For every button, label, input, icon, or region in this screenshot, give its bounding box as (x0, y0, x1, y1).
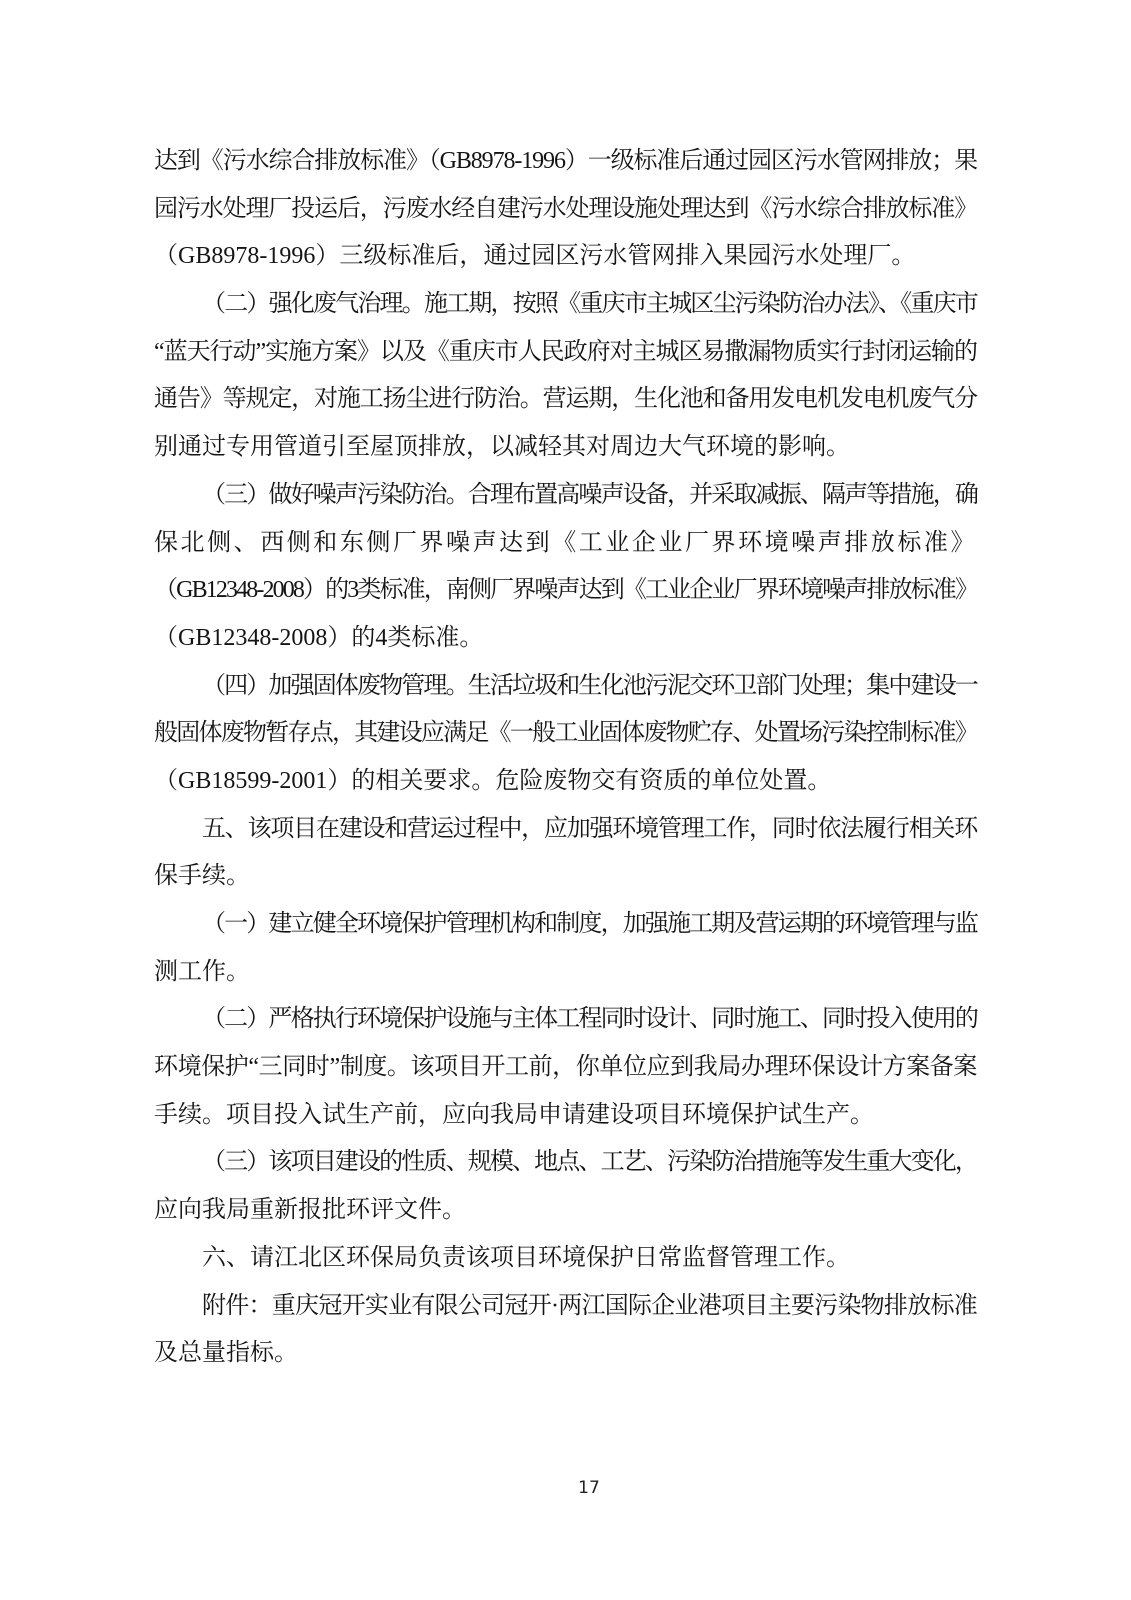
text-line-content: （二）强化废气治理。施工期，按照《重庆市主城区尘污染防治办法》、《重庆市 (202, 291, 977, 317)
text-line: （三）该项目建设的性质、规模、地点、工艺、污染防治措施等发生重大变化， (154, 1139, 977, 1187)
text-line: 及总量指标。 (154, 1330, 977, 1378)
text-line-content: 园污水处理厂投运后，污废水经自建污水处理设施处理达到《污水综合排放标准》 (154, 196, 977, 222)
text-line-content: “蓝天行动”实施方案》以及《重庆市人民政府对主城区易撒漏物质实行封闭运输的 (154, 339, 977, 365)
text-line: 附件：重庆冠开实业有限公司冠开·两江国际企业港项目主要污染物排放标准 (154, 1283, 977, 1331)
text-line: 保北侧、西侧和东侧厂界噪声达到《工业企业厂界环境噪声排放标准》 (154, 520, 977, 568)
text-line-content: （四）加强固体废物管理。生活垃圾和生化池污泥交环卫部门处理；集中建设一 (202, 673, 977, 699)
text-line: 园污水处理厂投运后，污废水经自建污水处理设施处理达到《污水综合排放标准》 (154, 186, 977, 234)
text-line-content: 手续。项目投入试生产前，应向我局申请建设项目环境保护试生产。 (154, 1102, 874, 1128)
text-line-content: （GB12348-2008）的4类标准。 (154, 625, 483, 651)
text-line-content: （GB8978-1996）三级标准后，通过园区污水管网排入果园污水处理厂。 (154, 243, 915, 269)
text-line: （GB12348-2008）的4类标准。 (154, 615, 977, 663)
text-line-content: （一）建立健全环境保护管理机构和制度，加强施工期及营运期的环境管理与监 (202, 911, 977, 937)
text-line-content: 五、该项目在建设和营运过程中，应加强环境管理工作，同时依法履行相关环 (202, 816, 977, 842)
text-line-content: 测工作。 (154, 959, 250, 985)
text-line-content: （三）该项目建设的性质、规模、地点、工艺、污染防治措施等发生重大变化， (202, 1149, 977, 1175)
text-line: （GB12348-2008）的3类标准，南侧厂界噪声达到《工业企业厂界环境噪声排… (154, 567, 977, 615)
text-line: （二）强化废气治理。施工期，按照《重庆市主城区尘污染防治办法》、《重庆市 (154, 281, 977, 329)
text-line-content: 环境保护“三同时”制度。该项目开工前，你单位应到我局办理环保设计方案备案 (154, 1054, 977, 1080)
text-line: （三）做好噪声污染防治。合理布置高噪声设备，并采取减振、隔声等措施，确 (154, 472, 977, 520)
text-line-content: （GB18599-2001）的相关要求。危险废物交有资质的单位处置。 (154, 768, 831, 794)
page-number: 17 (539, 1478, 639, 1498)
text-line-content: 达到《污水综合排放标准》（GB8978-1996）一级标准后通过园区污水管网排放… (154, 148, 977, 174)
text-line: 保手续。 (154, 853, 977, 901)
text-line: 通告》等规定，对施工扬尘进行防治。营运期，生化池和备用发电机发电机废气分 (154, 376, 977, 424)
document-page: 达到《污水综合排放标准》（GB8978-1996）一级标准后通过园区污水管网排放… (0, 0, 1131, 1600)
text-line-content: 保北侧、西侧和东侧厂界噪声达到《工业企业厂界环境噪声排放标准》 (154, 530, 977, 556)
text-line: （一）建立健全环境保护管理机构和制度，加强施工期及营运期的环境管理与监 (154, 901, 977, 949)
text-line: 应向我局重新报批环评文件。 (154, 1187, 977, 1235)
text-line: 达到《污水综合排放标准》（GB8978-1996）一级标准后通过园区污水管网排放… (154, 138, 977, 186)
text-line: 手续。项目投入试生产前，应向我局申请建设项目环境保护试生产。 (154, 1092, 977, 1140)
text-line-content: （三）做好噪声污染防治。合理布置高噪声设备，并采取减振、隔声等措施，确 (202, 482, 977, 508)
text-line-content: 别通过专用管道引至屋顶排放，以减轻其对周边大气环境的影响。 (154, 434, 850, 460)
text-line: 般固体废物暂存点，其建设应满足《一般工业固体废物贮存、处置场污染控制标准》 (154, 710, 977, 758)
text-line: 别通过专用管道引至屋顶排放，以减轻其对周边大气环境的影响。 (154, 424, 977, 472)
text-line: （GB18599-2001）的相关要求。危险废物交有资质的单位处置。 (154, 758, 977, 806)
text-line-content: 通告》等规定，对施工扬尘进行防治。营运期，生化池和备用发电机发电机废气分 (154, 386, 977, 412)
text-line-content: 及总量指标。 (154, 1340, 298, 1366)
text-line: “蓝天行动”实施方案》以及《重庆市人民政府对主城区易撒漏物质实行封闭运输的 (154, 329, 977, 377)
text-line-content: （GB12348-2008）的3类标准，南侧厂界噪声达到《工业企业厂界环境噪声排… (154, 577, 977, 603)
text-line: 六、请江北区环保局负责该项目环境保护日常监督管理工作。 (154, 1235, 977, 1283)
document-body: 达到《污水综合排放标准》（GB8978-1996）一级标准后通过园区污水管网排放… (154, 138, 977, 1378)
text-line-content: （二）严格执行环境保护设施与主体工程同时设计、同时施工、同时投入使用的 (202, 1006, 977, 1032)
text-line: （四）加强固体废物管理。生活垃圾和生化池污泥交环卫部门处理；集中建设一 (154, 663, 977, 711)
text-line: 环境保护“三同时”制度。该项目开工前，你单位应到我局办理环保设计方案备案 (154, 1044, 977, 1092)
text-line: （GB8978-1996）三级标准后，通过园区污水管网排入果园污水处理厂。 (154, 233, 977, 281)
text-line-content: 六、请江北区环保局负责该项目环境保护日常监督管理工作。 (202, 1245, 850, 1271)
text-line: （二）严格执行环境保护设施与主体工程同时设计、同时施工、同时投入使用的 (154, 996, 977, 1044)
text-line: 五、该项目在建设和营运过程中，应加强环境管理工作，同时依法履行相关环 (154, 806, 977, 854)
text-line-content: 应向我局重新报批环评文件。 (154, 1197, 466, 1223)
text-line-content: 般固体废物暂存点，其建设应满足《一般工业固体废物贮存、处置场污染控制标准》 (154, 720, 977, 746)
text-line-content: 保手续。 (154, 863, 250, 889)
text-line-content: 附件：重庆冠开实业有限公司冠开·两江国际企业港项目主要污染物排放标准 (202, 1293, 977, 1319)
text-line: 测工作。 (154, 949, 977, 997)
